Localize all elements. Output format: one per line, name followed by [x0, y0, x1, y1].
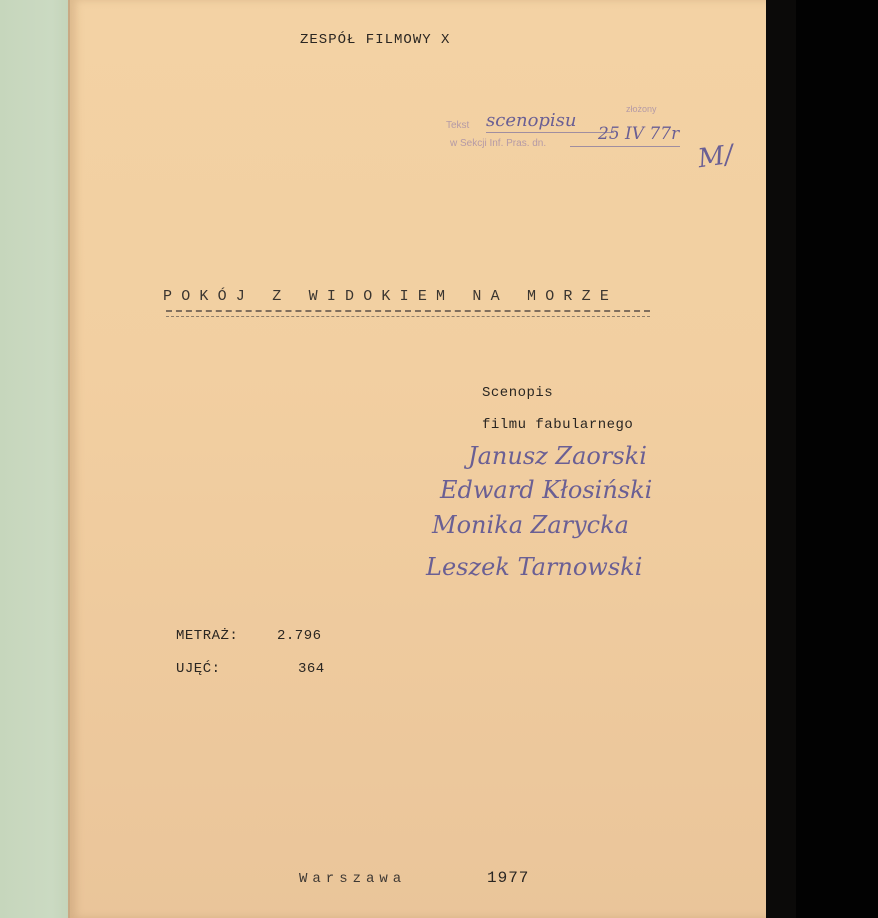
studio-header: ZESPÓŁ FILMOWY X [300, 32, 450, 48]
metraz-value: 2.796 [277, 628, 322, 644]
stamp-line1-handwritten: scenopisu [486, 110, 577, 131]
page-edge-shadow [766, 0, 796, 918]
subtitle-line1: Scenopis [482, 385, 553, 401]
green-cover-strip [0, 0, 74, 918]
footer-city: Warszawa [299, 871, 406, 887]
stamp-initials: M/ [696, 140, 735, 175]
stamp-underline [486, 132, 614, 133]
author-signature: Monika Zarycka [432, 511, 629, 539]
document-title: POKÓJ Z WIDOKIEM NA MORZE [163, 288, 618, 305]
subtitle-line2: filmu fabularnego [482, 417, 633, 433]
author-signature: Edward Kłosiński [440, 476, 652, 504]
metraz-label: METRAŻ: [176, 628, 238, 644]
title-double-rule [166, 310, 650, 317]
author-signature: Leszek Tarnowski [426, 553, 642, 581]
stamp-line1-suffix: złożony [626, 104, 657, 114]
footer-year: 1977 [487, 869, 529, 887]
stamp-line1-prefix: Tekst [446, 120, 469, 131]
ujec-value: 364 [298, 661, 325, 677]
stamp-date-handwritten: 25 IV 77r [598, 124, 679, 144]
stamp-line2-prefix: w Sekcji Inf. Pras. dn. [450, 138, 546, 149]
stamp-underline [570, 146, 680, 147]
author-signature: Janusz Zaorski [468, 442, 647, 470]
ujec-label: UJĘĆ: [176, 661, 221, 677]
